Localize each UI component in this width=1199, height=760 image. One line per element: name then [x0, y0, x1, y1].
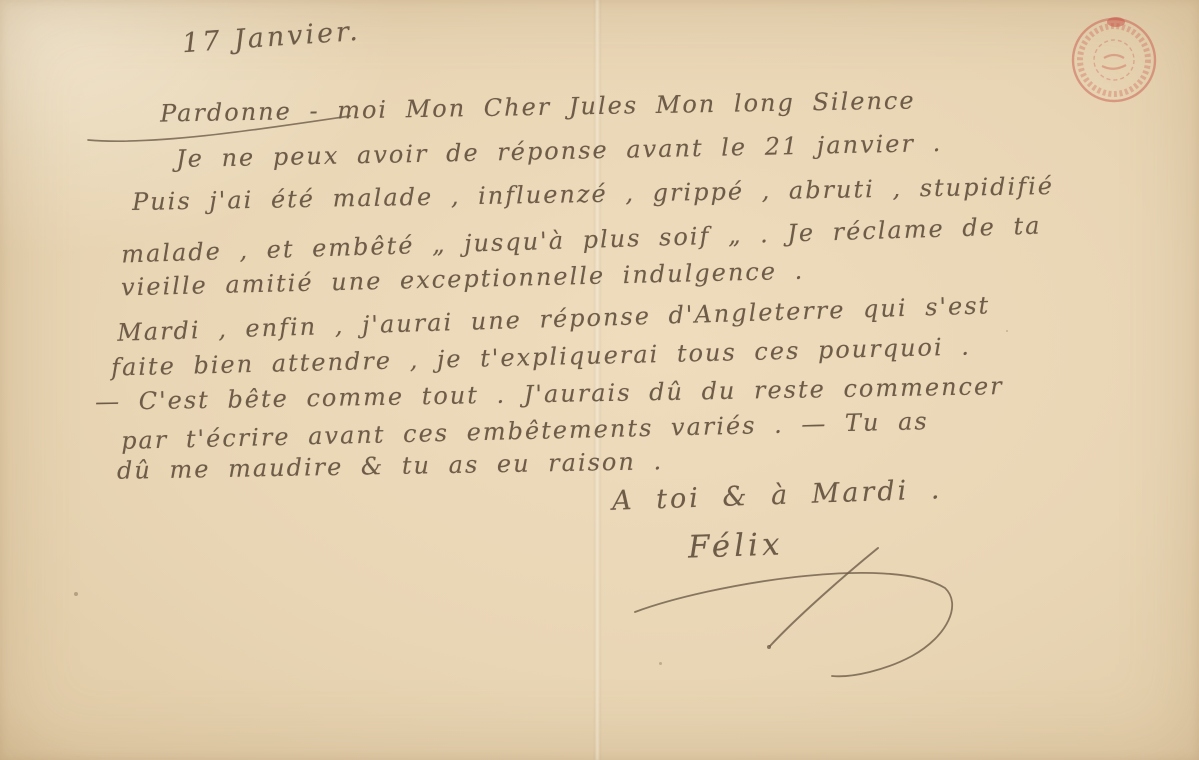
letter-line: par t'écrire avant ces embêtements varié…: [121, 407, 929, 455]
signature: Félix: [687, 526, 784, 565]
stamp-ink-smudge: [1107, 17, 1125, 27]
paper-speck: [74, 592, 78, 596]
letter-date: 17 Janvier.: [181, 16, 361, 59]
letter-scan: 17 Janvier. Pardonne - moi Mon Cher Jule…: [0, 0, 1199, 760]
letter-line: malade , et embêté „ jusqu'à plus soif „…: [121, 212, 1042, 269]
paper-speck: [659, 662, 662, 665]
letter-line: Je ne peux avoir de réponse avant le 21 …: [176, 129, 943, 173]
paper-speck: [1006, 330, 1008, 332]
letter-closing: A toi & à Mardi .: [612, 474, 943, 517]
red-ink-stamp: [1066, 12, 1162, 108]
letter-line: Pardonne - moi Mon Cher Jules Mon long S…: [160, 86, 916, 127]
letter-line: Puis j'ai été malade , influenzé , gripp…: [132, 172, 1054, 216]
